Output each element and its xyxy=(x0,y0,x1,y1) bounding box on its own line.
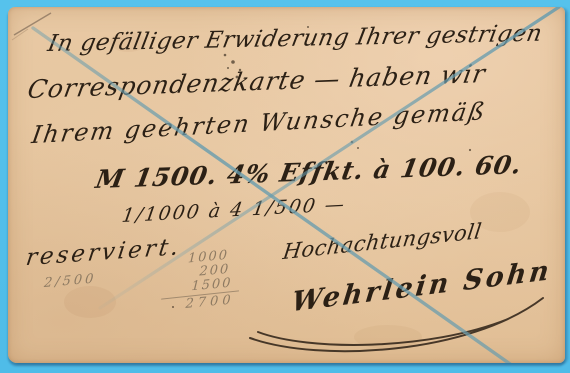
blue-pencil-layer xyxy=(8,7,565,363)
postcard: In gefälliger Erwiderung Ihrer gestrigen… xyxy=(8,7,565,363)
blue-cross-line-2 xyxy=(100,7,559,308)
scan-mat: In gefälliger Erwiderung Ihrer gestrigen… xyxy=(0,0,570,373)
blue-cross-line-1 xyxy=(33,28,520,363)
